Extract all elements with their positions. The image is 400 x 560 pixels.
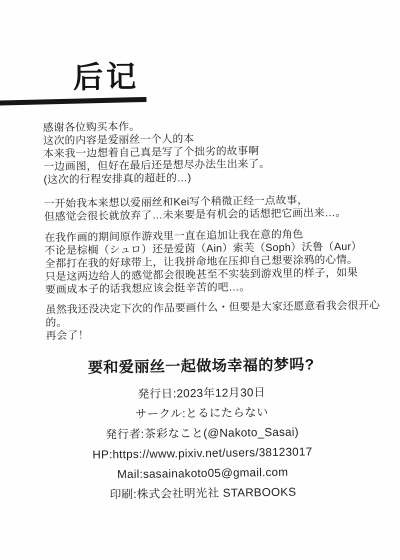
masthead: 后记 [0,61,147,105]
colophon: 要和爱丽丝一起做场幸福的梦吗? 発行日:2023年12月30日 サークル:とるに… [1,355,400,507]
paragraph-thanks: 感谢各位购买本作。 这次的内容是爱丽丝一个人的本 本来我一边想着自己真是写了个拙… [43,117,389,187]
title-underline [0,97,147,106]
book-title: 要和爱丽丝一起做场幸福的梦吗? [1,355,400,379]
page-title: 后记 [73,61,146,96]
afterword-body: 感谢各位购买本作。 这次的内容是爱丽丝一个人的本 本来我一边想着自己真是写了个拙… [43,117,391,343]
paragraph-farewell: 虽然我还没决定下次的作品要画什么・但要是大家还愿意看我会很开心的。 再会了！ [45,299,391,343]
afterword-page: 后记 感谢各位购买本作。 这次的内容是爱丽丝一个人的本 本来我一边想着自己真是写… [0,0,400,560]
paragraph-new-characters: 在我作画的期间原作游戏里一直在追加让我在意的角色 不论是棕榈（シュロ）还是爱茵（… [44,227,390,297]
paragraph-original-plan: 一开始我本来想以爱丽丝和Kei写个稍微正经一点故事， 但感觉会很长就放弃了…未来… [44,193,389,224]
colophon-printer: 印刷:株式会社明光社 STARBOOKS [3,481,400,507]
